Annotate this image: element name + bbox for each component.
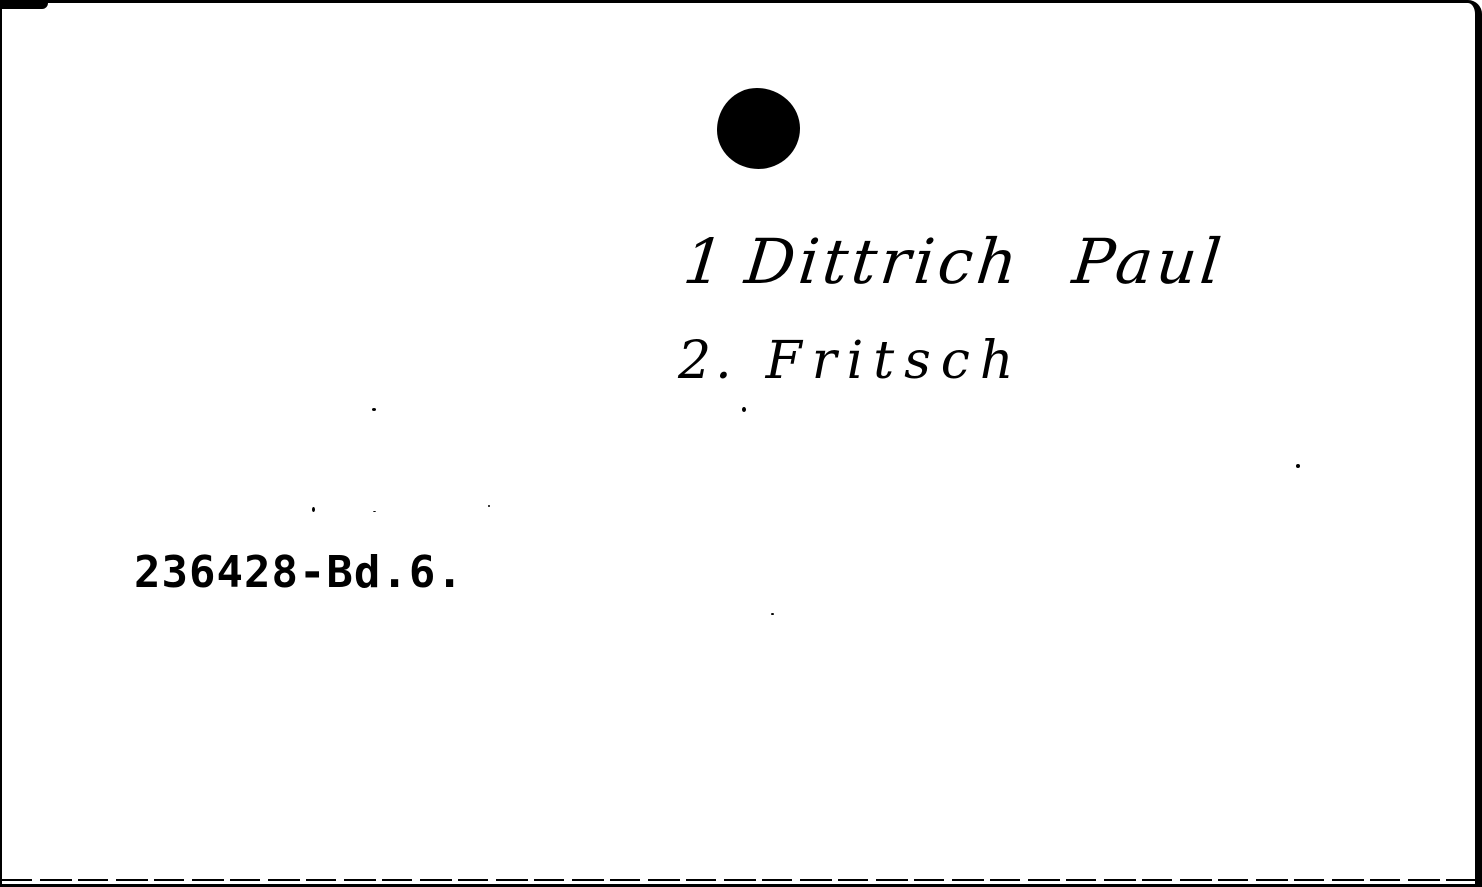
handwritten-entry-2: 2.Fritsch — [678, 331, 1023, 391]
scan-speck — [742, 407, 746, 412]
entry-number: 2. — [678, 331, 736, 391]
card-bottom-edge — [2, 879, 1475, 881]
entry-surname: Fritsch — [766, 331, 1024, 391]
index-card: 1DittrichPaul 2.Fritsch 236428-Bd.6. — [0, 0, 1482, 887]
handwritten-entry-1: 1DittrichPaul — [680, 225, 1228, 298]
entry-number: 1 — [680, 225, 731, 298]
scan-speck — [488, 505, 490, 507]
card-corner-shadow — [2, 3, 48, 9]
scan-speck — [373, 511, 376, 512]
entry-given-name: Paul — [1069, 225, 1228, 298]
scan-speck — [372, 408, 376, 411]
scan-speck — [312, 507, 315, 512]
scan-speck — [1296, 464, 1300, 468]
scan-speck — [771, 613, 774, 615]
entry-surname: Dittrich — [742, 225, 1025, 298]
typed-reference-number: 236428-Bd.6. — [134, 547, 464, 598]
punch-hole-icon — [717, 88, 800, 169]
